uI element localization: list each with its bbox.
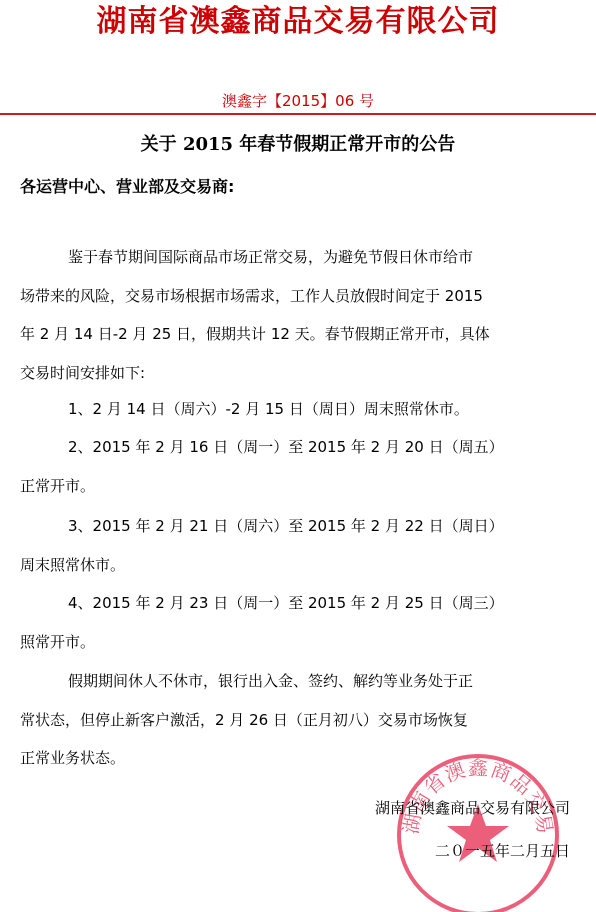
intro-line: 鉴于春节期间国际商品市场正常交易，为避免节假日休市给市 [20,238,576,277]
schedule-item-3: 3、2015 年 2 月 21 日（周六）至 2015 年 2 月 22 日（周… [20,507,576,584]
schedule-line: 3、2015 年 2 月 21 日（周六）至 2015 年 2 月 22 日（周… [20,507,576,546]
intro-line: 场带来的风险，交易市场根据市场需求，工作人员放假时间定于 2015 [20,277,576,316]
schedule-item-2: 2、2015 年 2 月 16 日（周一）至 2015 年 2 月 20 日（周… [20,428,576,505]
intro-line: 交易时间安排如下: [20,354,576,393]
schedule-line: 正常开市。 [20,467,576,506]
schedule-line: 2、2015 年 2 月 16 日（周一）至 2015 年 2 月 20 日（周… [20,428,576,467]
schedule-line: 周末照常休市。 [20,546,576,585]
schedule-line: 照常开市。 [20,623,576,662]
letterhead-divider [0,113,596,115]
signature-company: 湖南省澳鑫商品交易有限公司 [375,798,570,818]
salutation: 各运营中心、营业部及交易商: [20,176,234,198]
company-seal-star-icon: 湖南省澳鑫商品交易有限公司 [395,752,561,912]
schedule-item-1: 1、2 月 14 日（周六）-2 月 15 日（周日）周末照常休市。 [20,390,576,429]
schedule-line: 4、2015 年 2 月 23 日（周一）至 2015 年 2 月 25 日（周… [20,584,576,623]
closing-line: 假期期间休人不休市，银行出入金、签约、解约等业务处于正 [20,662,576,701]
intro-paragraph: 鉴于春节期间国际商品市场正常交易，为避免节假日休市给市 场带来的风险，交易市场根… [20,238,576,392]
closing-line: 常状态，但停止新客户激活，2 月 26 日（正月初八）交易市场恢复 [20,701,576,740]
intro-line: 年 2 月 14 日-2 月 25 日，假期共计 12 天。春节假期正常开市，具… [20,315,576,354]
schedule-item-4: 4、2015 年 2 月 23 日（周一）至 2015 年 2 月 25 日（周… [20,584,576,661]
document-number: 澳鑫字【2015】06 号 [0,92,596,110]
schedule-line: 1、2 月 14 日（周六）-2 月 15 日（周日）周末照常休市。 [20,390,576,429]
company-letterhead: 湖南省澳鑫商品交易有限公司 [0,4,596,40]
notice-title: 关于 2015 年春节假期正常开市的公告 [0,133,596,157]
signature-date: 二０一五年二月五日 [435,841,570,861]
